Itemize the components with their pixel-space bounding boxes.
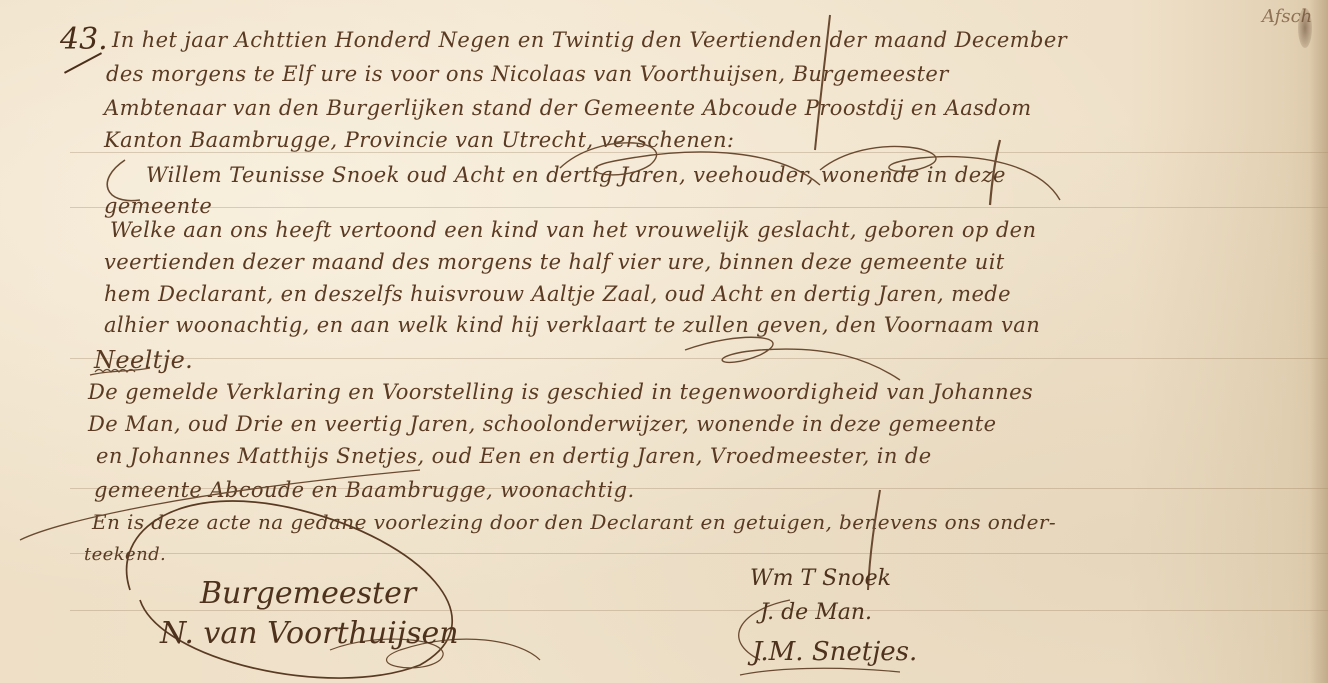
- text-line-8: veertienden dezer maand des morgens te h…: [104, 250, 1005, 274]
- text-line-16: En is deze acte na gedane voorlezing doo…: [92, 510, 1056, 534]
- text-line-3: Ambtenaar van den Burgerlijken stand der…: [104, 96, 1032, 120]
- ruled-line: [70, 358, 1328, 359]
- text-line-10: alhier woonachtig, en aan welk kind hij …: [104, 313, 1040, 337]
- witness-signature-de-man: J. de Man.: [760, 600, 872, 625]
- text-line-2: des morgens te Elf ure is voor ons Nicol…: [106, 62, 949, 86]
- text-line-17: teekend.: [84, 544, 166, 565]
- text-line-7: Welke aan ons heeft vertoond een kind va…: [110, 218, 1036, 242]
- text-line-1: In het jaar Achttien Honderd Negen en Tw…: [112, 28, 1067, 52]
- ruled-line: [70, 207, 1328, 208]
- text-line-9: hem Declarant, en deszelfs huisvrouw Aal…: [104, 282, 1011, 306]
- text-line-5: Willem Teunisse Snoek oud Acht en dertig…: [146, 163, 1006, 187]
- witness-signature-snetjes: J.M. Snetjes.: [752, 637, 917, 667]
- text-line-12: De gemelde Verklaring en Voorstelling is…: [88, 380, 1033, 404]
- register-page: 43. Afsch In het jaar Achttien Honderd N…: [0, 0, 1328, 683]
- text-line-14: en Johannes Matthijs Snetjes, oud Een en…: [96, 444, 932, 468]
- page-binding-shadow: [1310, 0, 1328, 683]
- text-line-15: gemeente Abcoude en Baambrugge, woonacht…: [94, 478, 635, 502]
- child-name: Neeltje.: [94, 346, 193, 374]
- mayor-signature-title: Burgemeester: [200, 576, 416, 611]
- mayor-signature-name: N. van Voorthuijsen: [160, 616, 459, 651]
- ruled-line: [70, 553, 1328, 554]
- text-line-13: De Man, oud Drie en veertig Jaren, schoo…: [88, 412, 997, 436]
- ruled-line: [70, 152, 1328, 153]
- text-line-4: Kanton Baambrugge, Provincie van Utrecht…: [104, 128, 734, 152]
- text-line-6: gemeente: [104, 194, 212, 218]
- declarant-signature: Wm T Snoek: [750, 566, 891, 591]
